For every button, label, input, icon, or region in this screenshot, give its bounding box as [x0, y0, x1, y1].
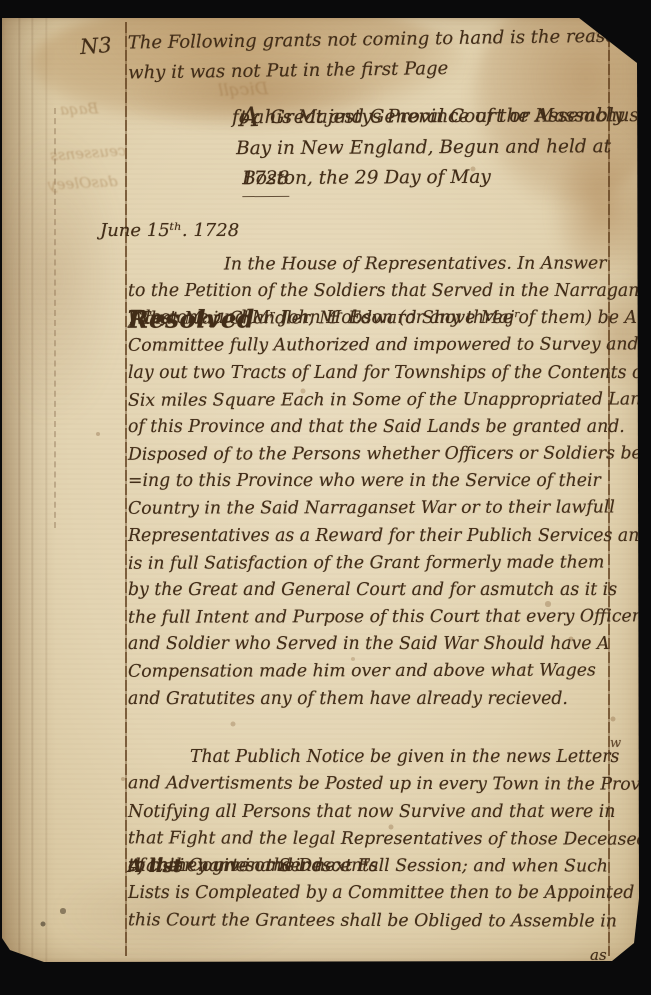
foxing-speckles: [2, 18, 4, 20]
body-line: Representatives as a Reward for their Pu…: [128, 523, 651, 550]
body-line: Lists is Compleated by a Committee then …: [128, 880, 651, 907]
heading-line: for his Majestys Province of the Massach…: [232, 101, 651, 134]
notice-paragraph: That Publich Notice be given in the news…: [128, 744, 651, 935]
body-line: to this Court in their next Fall Session…: [128, 852, 651, 881]
body-line: In the House of Representatives. In Answ…: [128, 250, 651, 279]
body-line: is in full Satisfaction of the Grant for…: [128, 549, 651, 578]
body-line: and Advertisments be Posted up in every …: [128, 771, 651, 800]
body-line: of this Province and that the Said Lands…: [128, 414, 651, 441]
body-line: by the Great and General Court and for a…: [128, 577, 651, 604]
body-line: this Court the Grantees shall be Obliged…: [128, 907, 651, 936]
photograph-background: Dicqll Baqa ceussenss dasOleey N3 317 Th…: [0, 0, 651, 995]
body-line: Committee fully Authorized and impowered…: [128, 332, 651, 361]
catchword: as: [590, 946, 607, 964]
nb-annotation: N3: [79, 33, 112, 59]
body-line: Disposed of to the Persons whether Offic…: [128, 440, 651, 469]
prefatory-note: The Following grants not coming to hand …: [128, 22, 629, 89]
date-line: June 15ᵗʰ. 1728: [100, 220, 239, 241]
bleedthrough-text: Baqa: [60, 99, 99, 118]
body-line: Tilestone and Mʳ John Hobson (or any thr…: [128, 305, 651, 332]
body-line: Six miles Square Each in Some of the Una…: [128, 386, 651, 415]
underlined-year: 1728: [242, 164, 289, 197]
bleedthrough-text: dasOleey: [48, 172, 118, 194]
body-line: that Fight and the legal Representatives…: [128, 825, 651, 854]
body-line: lay out two Tracts of Land for Townships…: [128, 360, 651, 387]
margin-rule-left: [125, 22, 127, 956]
body-line: and Gratutites any of them have already …: [128, 686, 651, 713]
body-line: Notifying all Persons that now Survive a…: [128, 799, 651, 826]
body-line: and Soldier who Served in the Said War S…: [128, 631, 651, 658]
court-heading: At a Great and General Court or Assembly…: [240, 101, 651, 164]
body-line: That Publich Notice be given in the news…: [128, 744, 651, 771]
resolve-paragraph: In the House of Representatives. In Answ…: [128, 251, 651, 713]
body-line: Country in the Said Narraganset War or t…: [128, 495, 651, 524]
heading-line: Bay in New England, Begun and held at: [236, 131, 651, 164]
body-line: to the Petition of the Soldiers that Ser…: [128, 278, 651, 305]
body-line: =ing to this Province who were in the Se…: [128, 468, 651, 495]
body-line: Compensation made him over and above wha…: [128, 658, 651, 687]
margin-mark: w: [610, 736, 621, 751]
manuscript-page: Dicqll Baqa ceussenss dasOleey N3 317 Th…: [2, 18, 640, 962]
body-line: the full Intent and Purpose of this Cour…: [128, 603, 651, 632]
